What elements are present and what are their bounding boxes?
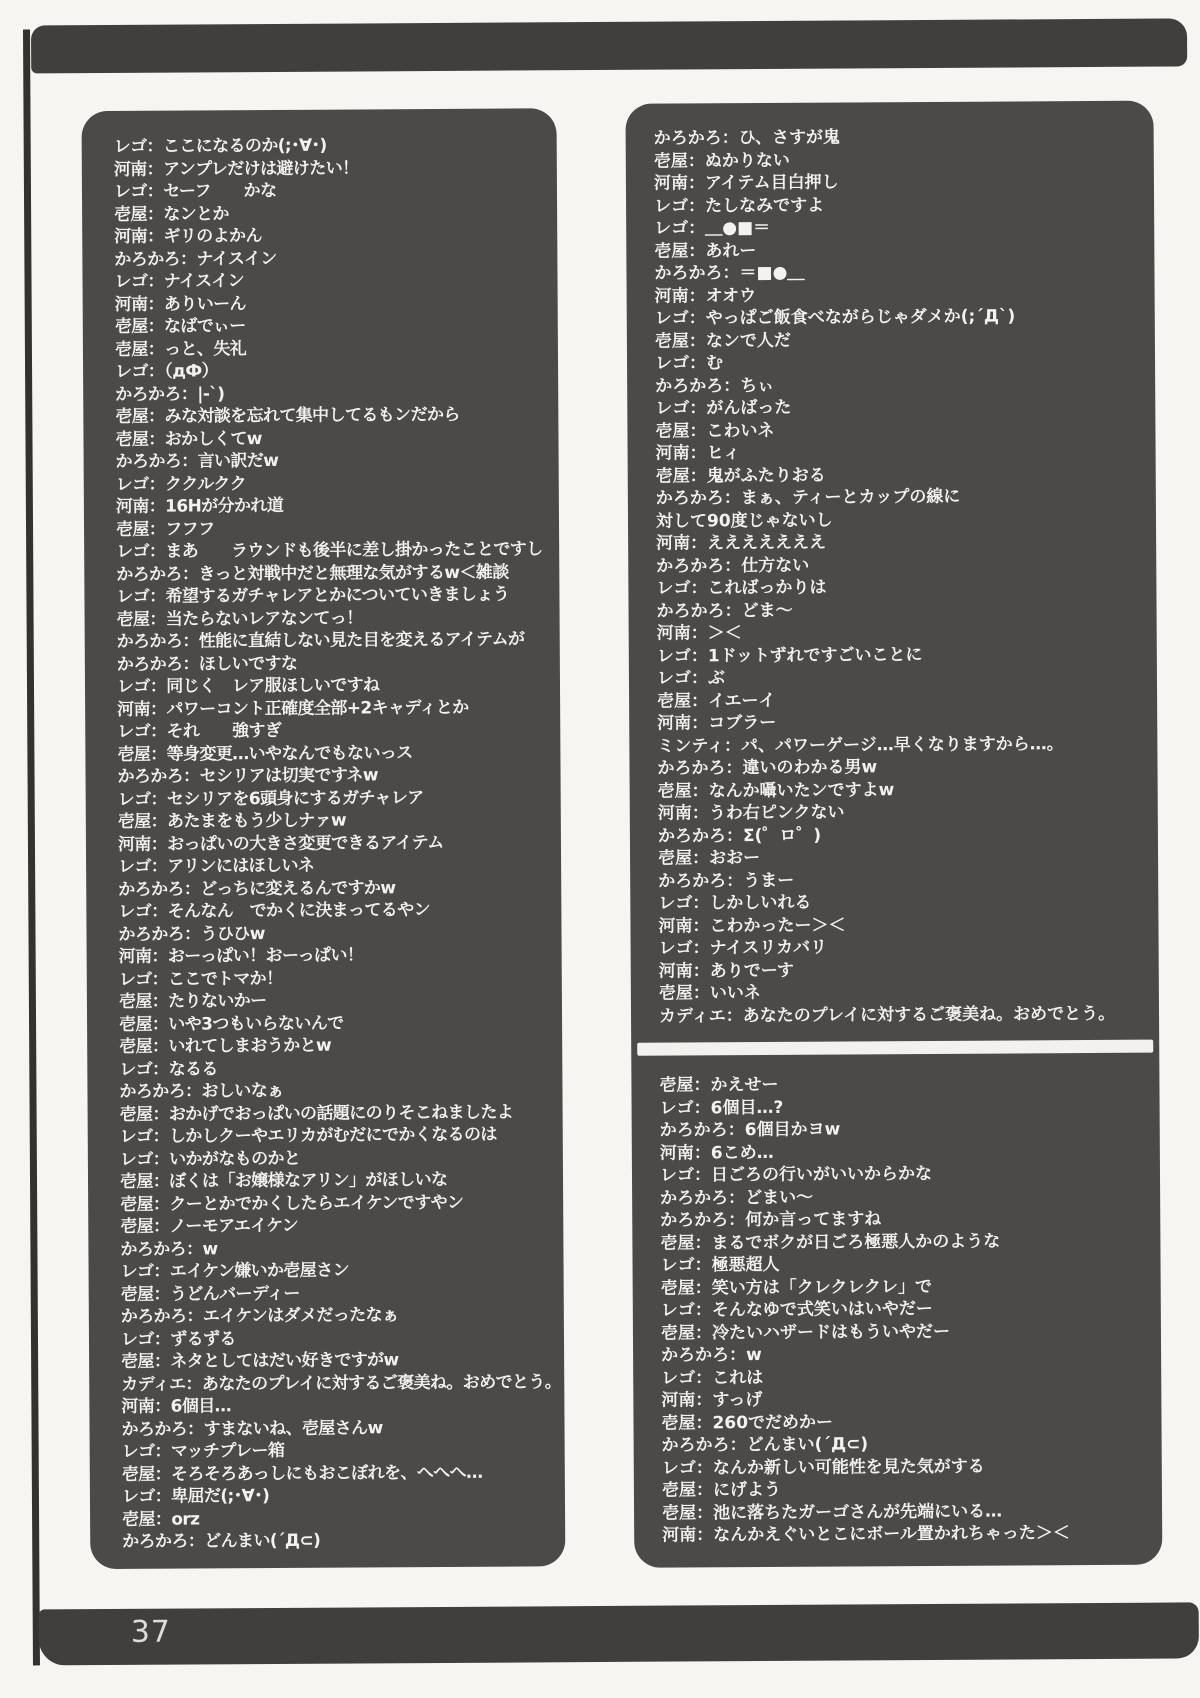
chat-line: レゴ：ナイスリカバリ [659,935,1151,961]
chat-line: 壱屋：当たらないレアなンてっ！ [117,606,554,631]
chat-line: かろかろ：仕方ない [656,552,1148,578]
chat-line: レゴ：ずるずる [121,1326,558,1351]
chat-line: 壱屋：等身変更…いやなんでもないっス [117,741,554,766]
chat-line: かろかろ：エイケンはダメだったなぁ [121,1303,558,1328]
chat-line: 壱屋：クーとかでかくしたらエイケンですやン [120,1191,557,1216]
chat-line: 壱屋：おおー [658,845,1150,871]
chat-line: 壱屋：まるでボクが日ごろ極悪人かのような [660,1229,1152,1255]
chat-line: かろかろ：セシリアは切実ですネw [117,763,554,788]
chat-line: レゴ：たしなみですよ [654,192,1146,218]
chat-line: レゴ：希望するガチャレアとかについていきましょう [116,583,553,608]
chat-line: 壱屋：ぼくは「お嬢様なアリン」がほしいな [120,1168,557,1193]
chat-line: レゴ：アリンにはほしいネ [118,853,555,878]
chat-line: レゴ：ここになるのか(;･∀･) [114,133,551,158]
chat-line: 壱屋：うどんバーディー [121,1281,558,1306]
chat-line: 壱屋：なんか囁いたンですよw [658,777,1150,803]
chat-line: 壱屋：イエーイ [657,687,1149,713]
chat-line: 壱屋：にげよう [662,1477,1154,1503]
chat-line: 河南：すっげ [661,1387,1153,1413]
chat-line: 河南：パワーコント正確度全部+2キャディとか [117,696,554,721]
chat-line: レゴ：ぶ [657,665,1149,691]
chat-line: レゴ：6個目…? [660,1094,1152,1120]
chat-line: 壱屋：そろそろあっしにもおこぼれを、へへへ… [122,1461,559,1486]
chat-line: レゴ：ここでトマか！ [119,966,556,991]
chat-line: 河南：ギリのよかん [114,223,551,248]
chat-line: かろかろ：w [661,1342,1153,1368]
chat-line: レゴ：いかがなものかと [120,1146,557,1171]
chat-line: かろかろ：ひ、さすが鬼 [654,125,1146,151]
chat-line: かろかろ：どま～ [656,597,1148,623]
chat-lines-left: レゴ：ここになるのか(;･∀･)河南：アンプレだけは避けたい！レゴ：セーフ かな… [114,133,560,1553]
chat-line: 河南：アイテム目白押し [654,170,1146,196]
page-frame-top-bar [31,18,1187,73]
chat-log-box-left: レゴ：ここになるのか(;･∀･)河南：アンプレだけは避けたい！レゴ：セーフ かな… [81,108,565,1569]
chat-line: レゴ：卑屈だ(;･∀･) [122,1483,559,1508]
chat-line: カディエ：あなたのプレイに対するご褒美ね。おめでとう。 [121,1371,558,1396]
chat-line: レゴ：そんなん でかくに決まってるやン [118,898,555,923]
chat-lines-right-top: かろかろ：ひ、さすが鬼壱屋：ぬかりない河南：アイテム目白押しレゴ：たしなみですよ… [654,125,1151,1028]
chat-content-right: かろかろ：ひ、さすが鬼壱屋：ぬかりない河南：アイテム目白押しレゴ：たしなみですよ… [654,125,1155,1547]
page-footer-bar: 37 [39,1602,1199,1665]
chat-line: 壱屋：orz [122,1506,559,1531]
chat-line: かろかろ：w [120,1236,557,1261]
chat-line: 壱屋：いれてしまおうかとw [119,1033,556,1058]
chat-line: レゴ：こればっかりは [656,575,1148,601]
chat-line: レゴ：エイケン嫌いか壱屋さン [121,1258,558,1283]
chat-line: レゴ：ナイスイン [114,268,551,293]
chat-line: 壱屋：こわいネ [655,417,1147,443]
chat-line: かろかろ：うひひw [118,921,555,946]
chat-line: かろかろ：ほしいですな [117,651,554,676]
chat-line: 河南：アンプレだけは避けたい！ [114,156,551,181]
chat-line: レゴ：極悪超人 [660,1252,1152,1278]
chat-line: レゴ：む [655,350,1147,376]
chat-line: かろかろ：どんまい(´Д⊂) [122,1528,559,1553]
chat-line: レゴ：同じく レア服ほしいですね [117,673,554,698]
chat-line: かろかろ：Σ(゜ロ゜) [658,822,1150,848]
chat-line: 河南：こわかったー＞＜ [658,912,1150,938]
chat-line: かろかろ：|-`) [115,381,552,406]
chat-line: 対して90度じゃないし [656,507,1148,533]
chat-line: レゴ：そんなゆで式笑いはいやだー [661,1297,1153,1323]
chat-line: 河南：6個目… [121,1393,558,1418]
chat-line: かろかろ：おしいなぁ [119,1078,556,1103]
chat-line: 河南：ありいーん [115,291,552,316]
chat-line: レゴ：マッチプレー箱 [122,1438,559,1463]
chat-line: レゴ：日ごろの行いがいいからかな [660,1162,1152,1188]
chat-line: レゴ：ククルクク [116,471,553,496]
chat-line: 壱屋：260でだめかー [661,1409,1153,1435]
chat-line: かろかろ：ちぃ [655,372,1147,398]
chat-line: レゴ：しかしいれる [658,890,1150,916]
chat-line: 壱屋：ノーモアエイケン [120,1213,557,1238]
chat-line: 河南：ヒィ [656,440,1148,466]
chat-line: レゴ：がんばった [655,395,1147,421]
chat-line: かろかろ：性能に直結しない見た目を変えるアイテムが [117,628,554,653]
chat-line: かろかろ：ナイスイン [114,246,551,271]
chat-line: 壱屋：たりないかー [119,988,556,1013]
chat-line: 壱屋：ぬかりない [654,147,1146,173]
chat-line: 壱屋：なンとか [114,201,551,226]
chat-line: レゴ：＿●■＝ [654,215,1146,241]
chat-line: 壱屋：みな対談を忘れて集中してるもンだから [115,403,552,428]
chat-line: かろかろ：どっちに変えるんですかw [118,876,555,901]
chat-line: かろかろ：言い訳だw [116,448,553,473]
chat-line: かろかろ：きっと対戦中だと無理な気がするw＜雑談 [116,561,553,586]
chat-line: ミンティ：パ、パワーゲージ…早くなりますから…。 [657,732,1149,758]
chat-line: レゴ：セシリアを6頭身にするガチャレア [118,786,555,811]
chat-line: 壱屋：いいネ [659,980,1151,1006]
chat-line: 壱屋：あれー [654,237,1146,263]
scanned-page: レゴ：ここになるのか(;･∀･)河南：アンプレだけは避けたい！レゴ：セーフ かな… [0,0,1200,1698]
chat-line: レゴ：1ドットずれですごいことに [657,642,1149,668]
chat-line: レゴ：それ 強すぎ [117,718,554,743]
chat-line: レゴ：なるる [119,1056,556,1081]
chat-line: 河南：＞＜ [657,620,1149,646]
chat-line: 河南：ありでーす [659,957,1151,983]
chat-line: レゴ：セーフ かな [114,178,551,203]
chat-line: レゴ：しかしクーやエリカがむだにでかくなるのは [120,1123,557,1148]
chat-line: 河南：おーっぱい！おーっぱい！ [119,943,556,968]
section-divider [637,1040,1153,1056]
chat-line: 壱屋：なばでぃー [115,313,552,338]
page-number: 37 [131,1615,171,1650]
chat-line: 壱屋：いや3つもいらないんで [119,1011,556,1036]
chat-line: 河南：えええええええ [656,530,1148,556]
chat-line: かろかろ：違いのわかる男w [657,755,1149,781]
page-frame-left-rule [23,29,40,1665]
chat-line: レゴ：やっぱご飯食べながらじゃダメか(;´Д`) [655,305,1147,331]
chat-line: 河南：オオウ [655,282,1147,308]
chat-line: かろかろ：まぁ、ティーとカップの線に [656,485,1148,511]
chat-line: かろかろ：どんまい(´Д⊂) [662,1432,1154,1458]
chat-line: 壱屋：池に落ちたガーゴさんが先端にいる… [662,1499,1154,1525]
chat-line: 壱屋：笑い方は「クレクレクレ」で [661,1274,1153,1300]
chat-line: 河南：なんかえぐいとこにボール置かれちゃった＞＜ [662,1522,1154,1548]
chat-line: 壱屋：おかげでおっぱいの話題にのりそこねましたよ [120,1101,557,1126]
chat-line: レゴ：なんか新しい可能性を見た気がする [662,1454,1154,1480]
chat-line: 壱屋：っと、失礼 [115,336,552,361]
chat-line: レゴ：これは [661,1364,1153,1390]
chat-line: かろかろ：うまー [658,867,1150,893]
chat-lines-right-bottom: 壱屋：かえせーレゴ：6個目…?かろかろ：6個目かヨw河南：6こめ…レゴ：日ごろの… [659,1072,1154,1547]
chat-line: 河南：うわ右ピンクない [658,800,1150,826]
chat-log-box-right: かろかろ：ひ、さすが鬼壱屋：ぬかりない河南：アイテム目白押しレゴ：たしなみですよ… [625,101,1162,1568]
chat-line: 河南：6こめ… [660,1139,1152,1165]
chat-line: カディエ：あなたのプレイに対するご褒美ね。おめでとう。 [659,1002,1151,1028]
chat-line: 壱屋：フフフ [116,516,553,541]
chat-line: 壱屋：冷たいハザードはもういやだー [661,1319,1153,1345]
chat-line: 壱屋：鬼がふたりおる [656,462,1148,488]
chat-line: かろかろ：6個目かヨw [660,1117,1152,1143]
chat-line: かろかろ：＝■●＿ [654,260,1146,286]
chat-line: 壱屋：ネタとしてはだい好きですがw [121,1348,558,1373]
chat-line: レゴ：（дФ） [115,358,552,383]
chat-line: 河南：コブラー [657,710,1149,736]
chat-line: かろかろ：すまないね、壱屋さんw [121,1416,558,1441]
chat-line: かろかろ：どまい～ [660,1184,1152,1210]
chat-line: 壱屋：おかしくてw [115,426,552,451]
chat-line: 壱屋：あたまをもう少しナァw [118,808,555,833]
chat-line: 河南：16Hが分かれ道 [116,493,553,518]
chat-line: 河南：おっぱいの大きさ変更できるアイテム [118,831,555,856]
chat-line: 壱屋：なンで人だ [655,327,1147,353]
chat-line: 壱屋：かえせー [659,1072,1151,1098]
chat-line: レゴ：まあ ラウンドも後半に差し掛かったことですし [116,538,553,563]
chat-line: かろかろ：何か言ってますね [660,1207,1152,1233]
